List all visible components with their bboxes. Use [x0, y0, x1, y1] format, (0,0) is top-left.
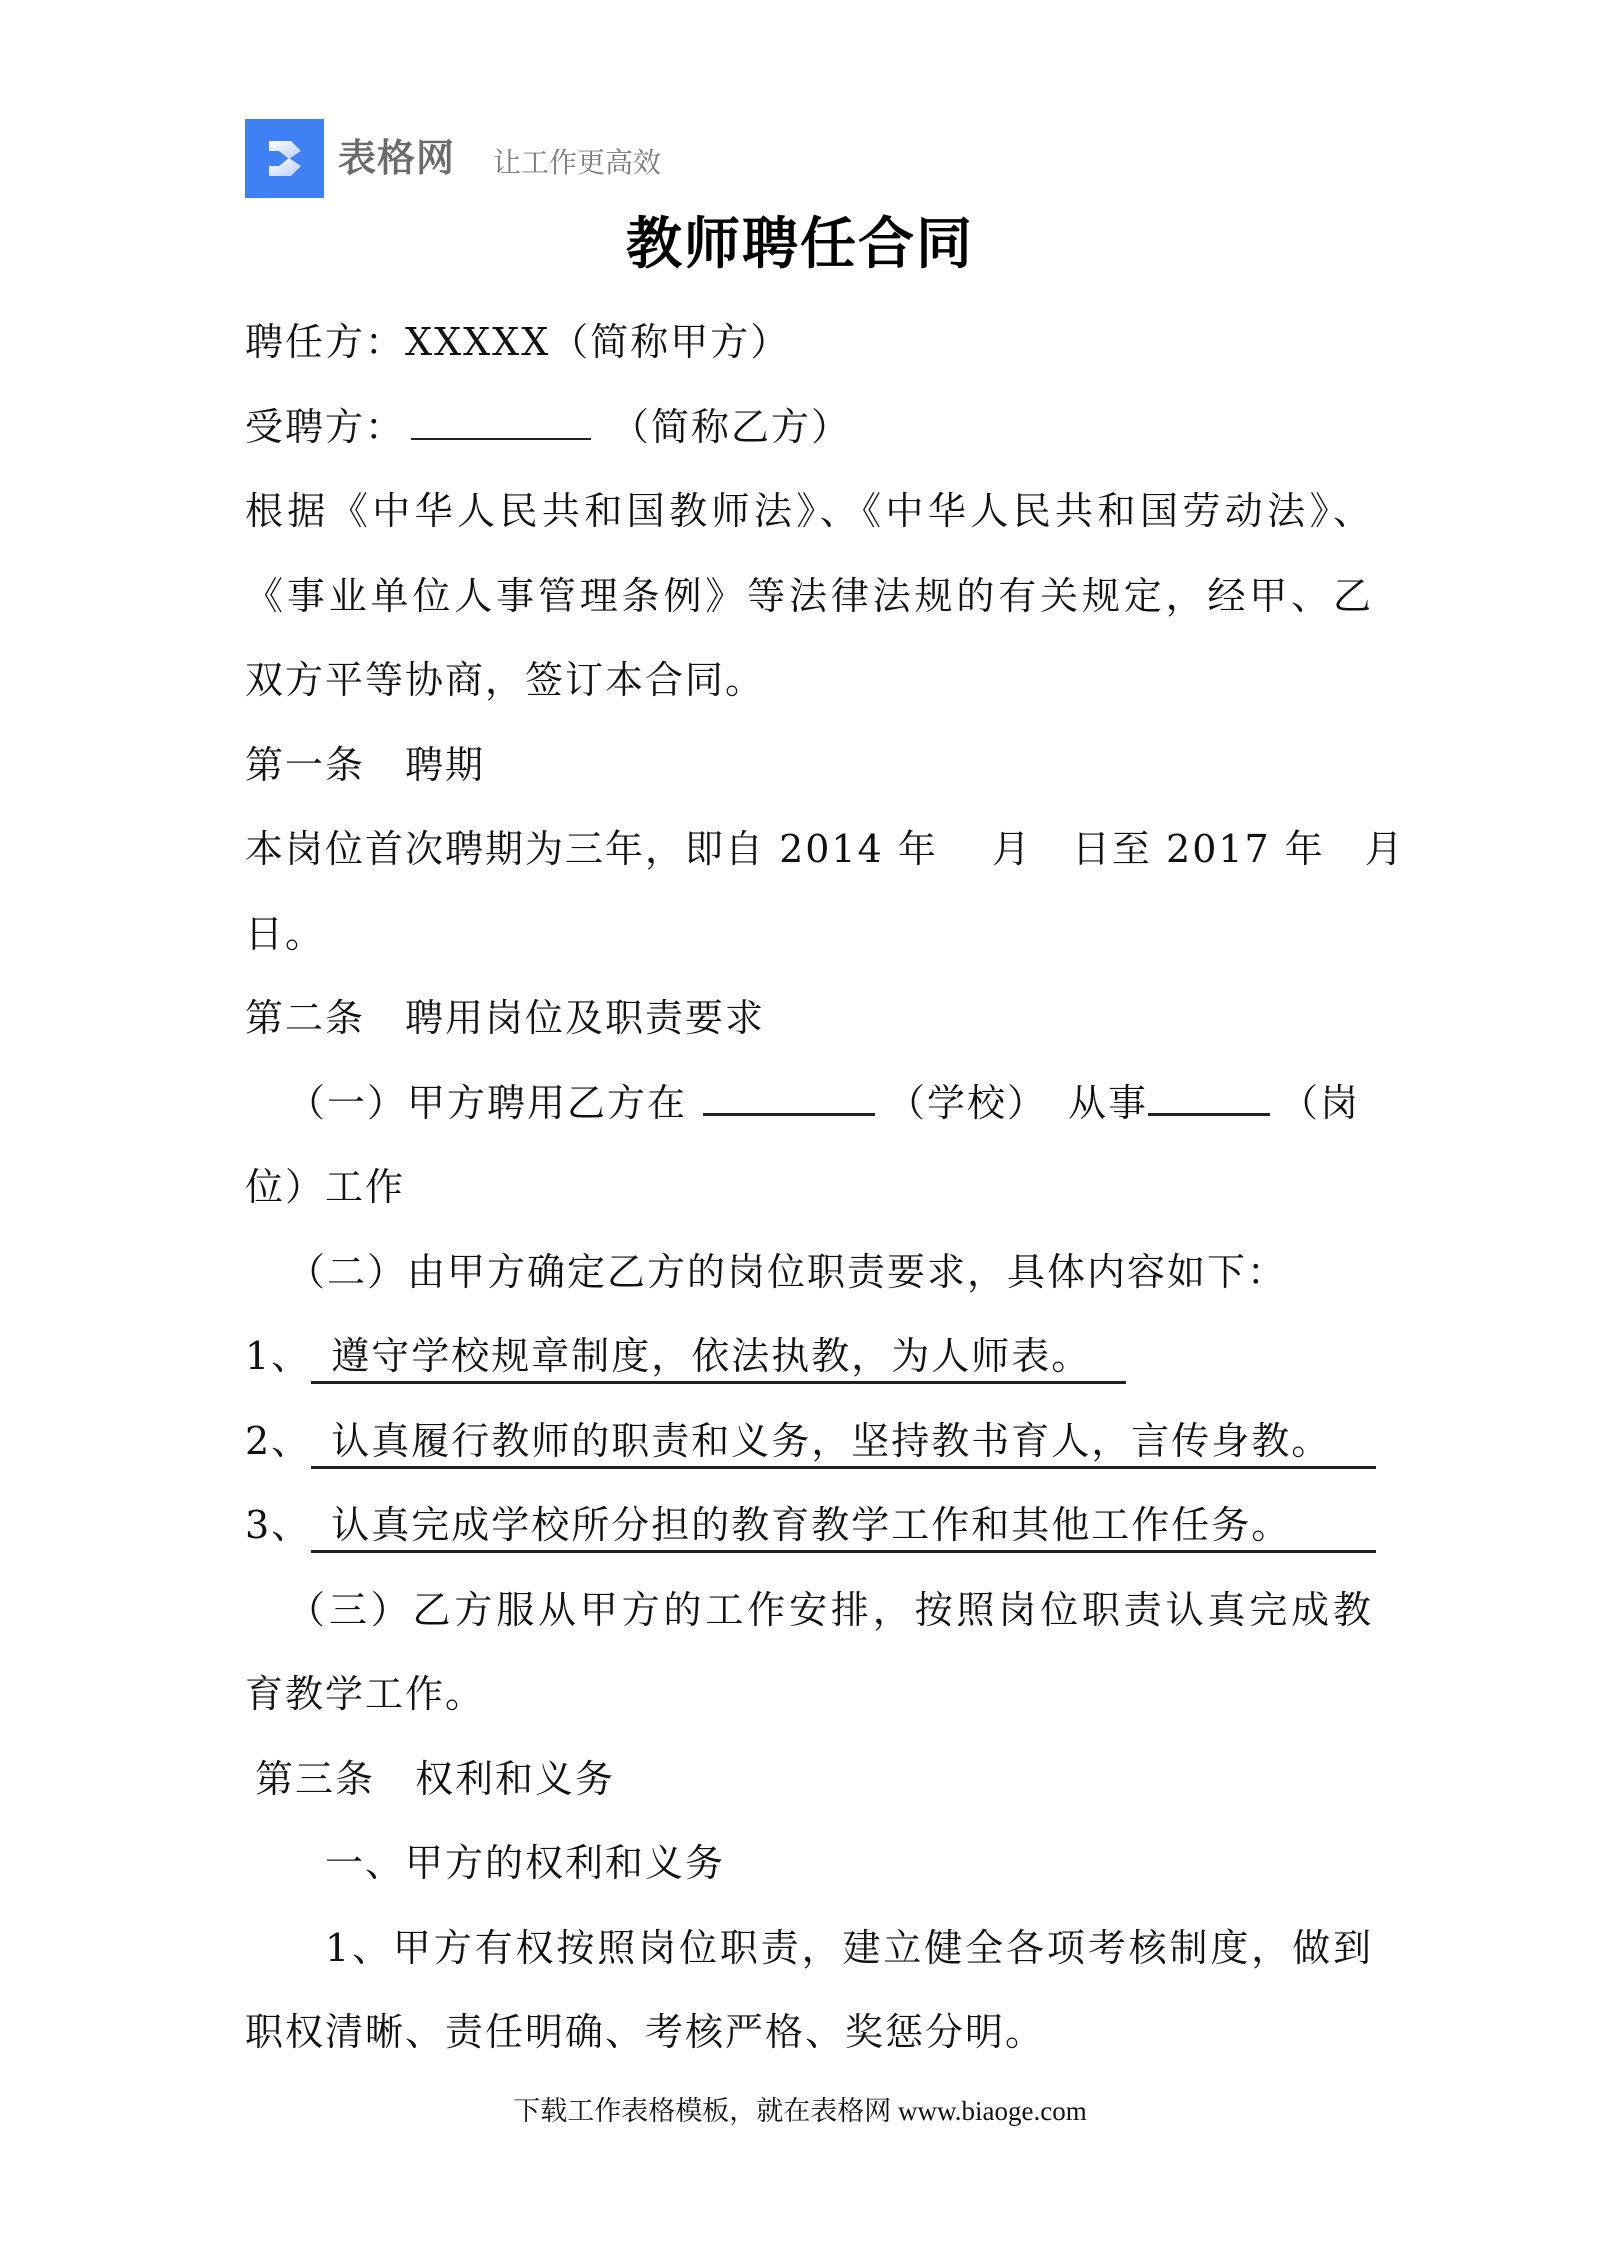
article-3-item-1: 职权清晰、责任明确、考核严格、奖惩分明。: [245, 1990, 1373, 2075]
clause-1-school-suffix: （学校） 从事: [887, 1081, 1148, 1125]
article-1-text: 本岗位首次聘期为三年，即自 2014 年 月 日至 2017 年 月: [245, 807, 1373, 892]
clause-1-prefix: （一）甲方聘用乙方在: [287, 1081, 687, 1125]
duty-item: 3、认真完成学校所分担的教育教学工作和其他工作任务。: [245, 1483, 1373, 1568]
employee-line: 受聘方：（简称乙方）: [245, 385, 1373, 470]
duty-number: 3、: [245, 1503, 311, 1547]
article-1-text: 日。: [245, 892, 1373, 977]
duty-number: 2、: [245, 1419, 311, 1463]
employee-label: 受聘方：: [245, 405, 405, 449]
footer-text: 下载工作表格模板，就在表格网 www.biaoge.com: [0, 2093, 1600, 2129]
clause-1-post-suffix: （岗: [1280, 1081, 1360, 1125]
article-3-subheading: 一、甲方的权利和义务: [245, 1821, 1373, 1906]
brand-name: 表格网: [338, 139, 455, 177]
contract-body: 聘任方：XXXXX（简称甲方） 受聘方：（简称乙方） 根据《中华人民共和国教师法…: [245, 300, 1373, 2075]
employee-suffix: （简称乙方）: [611, 405, 851, 449]
duty-item: 1、遵守学校规章制度，依法执教，为人师表。: [245, 1314, 1373, 1399]
article-2-clause-3: （三）乙方服从甲方的工作安排，按照岗位职责认真完成教: [245, 1568, 1373, 1653]
post-blank[interactable]: [1148, 1073, 1270, 1116]
school-blank[interactable]: [703, 1073, 875, 1116]
employer-label: 聘任方：: [245, 320, 405, 364]
preamble-line: 双方平等协商，签订本合同。: [245, 638, 1373, 723]
article-3-heading: 第三条 权利和义务: [245, 1737, 1373, 1822]
article-2-clause-1-continuation: 位）工作: [245, 1145, 1373, 1230]
employer-value: XXXXX: [405, 320, 550, 364]
biaoge-logo-icon: [245, 119, 324, 198]
article-1-heading: 第一条 聘期: [245, 723, 1373, 808]
article-2-clause-2: （二）由甲方确定乙方的岗位职责要求，具体内容如下：: [245, 1230, 1373, 1315]
duty-number: 1、: [245, 1334, 311, 1378]
article-2-clause-3: 育教学工作。: [245, 1652, 1373, 1737]
site-header: 表格网 让工作更高效: [245, 118, 661, 198]
article-2-heading: 第二条 聘用岗位及职责要求: [245, 976, 1373, 1061]
article-2-clause-1: （一）甲方聘用乙方在（学校） 从事（岗: [245, 1061, 1373, 1146]
employer-suffix: （简称甲方）: [550, 320, 790, 364]
employee-name-blank[interactable]: [411, 398, 591, 440]
preamble-line: 《事业单位人事管理条例》等法律法规的有关规定，经甲、乙: [245, 554, 1373, 639]
document-title: 教师聘任合同: [0, 210, 1600, 280]
preamble-line: 根据《中华人民共和国教师法》、《中华人民共和国劳动法》、: [245, 469, 1373, 554]
duty-text: 遵守学校规章制度，依法执教，为人师表。: [311, 1331, 1126, 1384]
employer-line: 聘任方：XXXXX（简称甲方）: [245, 300, 1373, 385]
duty-text: 认真完成学校所分担的教育教学工作和其他工作任务。: [311, 1500, 1376, 1553]
duty-text: 认真履行教师的职责和义务，坚持教书育人，言传身教。: [311, 1416, 1376, 1469]
duty-item: 2、认真履行教师的职责和义务，坚持教书育人，言传身教。: [245, 1399, 1373, 1484]
article-3-item-1: 1、甲方有权按照岗位职责，建立健全各项考核制度，做到: [245, 1906, 1373, 1991]
brand-tagline: 让工作更高效: [493, 149, 661, 177]
